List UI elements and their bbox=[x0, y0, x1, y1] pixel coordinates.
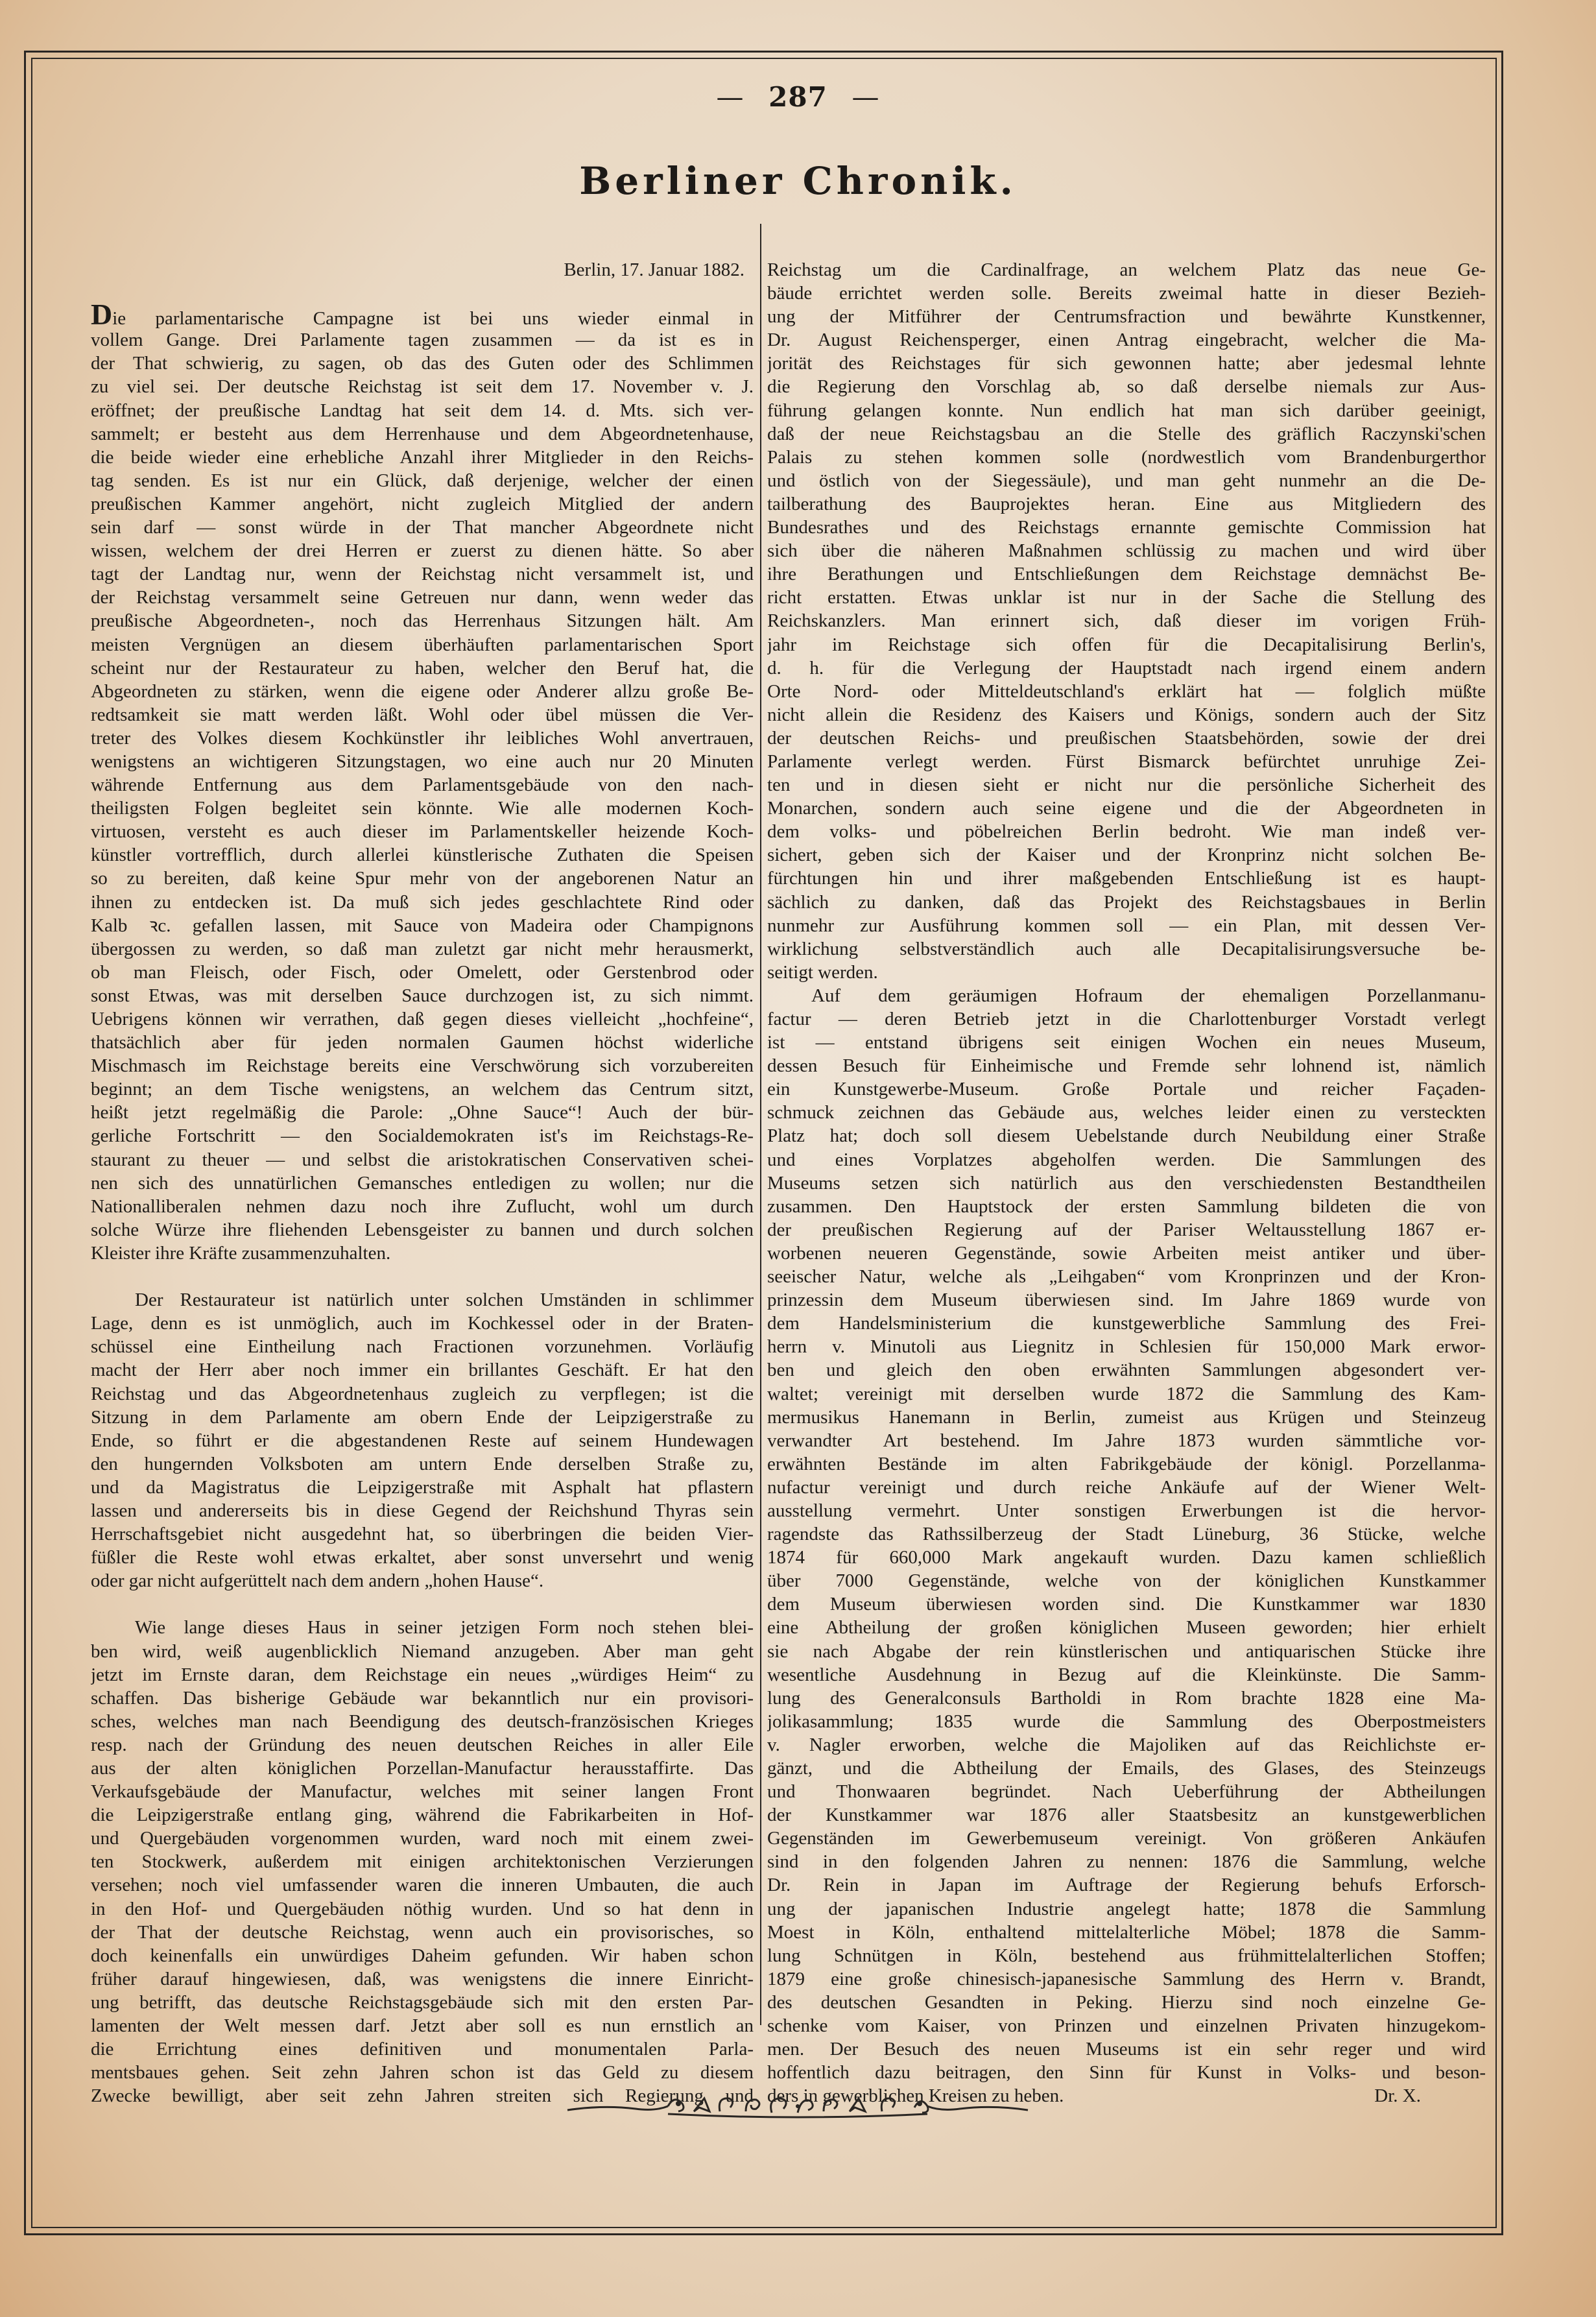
text-line: wesentliche Ausdehnung in Bezug auf die … bbox=[767, 1663, 1486, 1687]
text-line: Orte Nord- oder Mitteldeutschland's erkl… bbox=[767, 680, 1486, 703]
text-line: sichert, geben sich der Kaiser und der K… bbox=[767, 843, 1486, 867]
text-line: der deutschen Reichs- und preußischen St… bbox=[767, 726, 1486, 750]
text-line: jahr im Reichstage sich offen für die De… bbox=[767, 633, 1486, 656]
paragraph-2: Auf dem geräumigen Hofraum der ehemalige… bbox=[767, 984, 1486, 2084]
text-line: Herrschaftsgebiet nicht ausgedehnt hat, … bbox=[91, 1522, 754, 1546]
text-line: tag senden. Es ist nur ein Glück, daß de… bbox=[91, 469, 754, 492]
text-line: Der Restaurateur ist natürlich unter sol… bbox=[91, 1288, 754, 1312]
text-line: prinzessin dem Museum überwiesen sind. I… bbox=[767, 1288, 1486, 1312]
text-line: mermusikus Hanemann in Berlin, zumeist a… bbox=[767, 1406, 1486, 1429]
text-line: zusammen. Den Hauptstock der ersten Samm… bbox=[767, 1195, 1486, 1218]
text-line: mentsbaues gehen. Seit zehn Jahren schon… bbox=[91, 2061, 754, 2084]
text-line: schenke vom Kaiser, von Prinzen und einz… bbox=[767, 2014, 1486, 2037]
text-line: über 7000 Gegenstände, welche von der kö… bbox=[767, 1569, 1486, 1592]
text-line: Gegenständen im Gewerbemuseum vereinigt.… bbox=[767, 1827, 1486, 1850]
text-line: früher darauf hingewiesen, daß, was weni… bbox=[91, 1967, 754, 1991]
text-line: Parlamente verlegt werden. Fürst Bismarc… bbox=[767, 750, 1486, 773]
text-line: der That schwierig, zu sagen, ob das des… bbox=[91, 352, 754, 375]
text-line: hoffentlich dazu beitragen, den Sinn für… bbox=[767, 2061, 1486, 2084]
text-line: ben und gleich den oben erwähnten Sammlu… bbox=[767, 1358, 1486, 1382]
text-line: ist — entstand übrigens seit einigen Woc… bbox=[767, 1031, 1486, 1054]
text-line: schaffen. Das bisherige Gebäude war beka… bbox=[91, 1687, 754, 1710]
text-line: schmuck zeichnen das Gebäude aus, welche… bbox=[767, 1101, 1486, 1124]
paragraph-1-continued: Reichstag um die Cardinalfrage, an welch… bbox=[767, 258, 1486, 984]
text-line: virtuosen, versteht es auch dieser im Pa… bbox=[91, 820, 754, 843]
text-line: thatsächlich aber für jeden normalen Gau… bbox=[91, 1031, 754, 1054]
text-line: füßler die Reste wohl etwas erkaltet, ab… bbox=[91, 1546, 754, 1569]
page-number: — 287 — bbox=[0, 81, 1596, 113]
text-line: sie nach Abgabe der rein künstlerischen … bbox=[767, 1640, 1486, 1663]
text-line: ein Kunstgewerbe-Museum. Große Portale u… bbox=[767, 1077, 1486, 1101]
text-line: tagt der Landtag nur, wenn der Reichstag… bbox=[91, 562, 754, 586]
article-title: Berliner Chronik. bbox=[0, 159, 1596, 203]
text-line: zu viel sei. Der deutsche Reichstag ist … bbox=[91, 375, 754, 398]
spacer bbox=[91, 1592, 754, 1616]
text-line: preußische Abgeordneten-, noch das Herre… bbox=[91, 609, 754, 632]
paragraph-2: Der Restaurateur ist natürlich unter sol… bbox=[91, 1288, 754, 1592]
text-line: die Leipzigerstraße entlang ging, währen… bbox=[91, 1803, 754, 1827]
text-line: herrn v. Minutoli aus Liegnitz in Schles… bbox=[767, 1335, 1486, 1358]
text-line: nufactur vereinigt und durch reiche Ankä… bbox=[767, 1476, 1486, 1499]
text-line: lung des Generalconsuls Bartholdi in Rom… bbox=[767, 1687, 1486, 1710]
text-line: dessen Besuch für Einheimische und Fremd… bbox=[767, 1054, 1486, 1077]
text-line: solche Würze ihre fliehenden Lebensgeist… bbox=[91, 1218, 754, 1242]
text-line: lamenten der Welt messen darf. Jetzt abe… bbox=[91, 2014, 754, 2037]
page-number-dash-right: — bbox=[852, 81, 879, 113]
text-line: ung betrifft, das deutsche Reichstagsgeb… bbox=[91, 1991, 754, 2014]
text-line: nen sich des unnatürlichen Gemansches en… bbox=[91, 1171, 754, 1195]
text-line: der Kunstkammer war 1876 aller Staatsbes… bbox=[767, 1803, 1486, 1827]
text-line: lung Schnütgen in Köln, bestehend aus fr… bbox=[767, 1944, 1486, 1967]
text-line: Reichstag um die Cardinalfrage, an welch… bbox=[767, 258, 1486, 282]
page-number-value: 287 bbox=[768, 81, 828, 113]
text-line: Mischmasch im Reichstage bereits eine Ve… bbox=[91, 1054, 754, 1077]
text-line: Wie lange dieses Haus in seiner jetzigen… bbox=[91, 1616, 754, 1639]
text-line: versehen; noch viel umfassender waren di… bbox=[91, 1873, 754, 1897]
dateline: Berlin, 17. Januar 1882. bbox=[91, 258, 754, 282]
text-line: so zu bereiten, daß keine Spur mehr von … bbox=[91, 867, 754, 890]
text-line: nunmehr zur Ausführung kommen soll — ein… bbox=[767, 914, 1486, 937]
text-line: fürchtungen hin und ihrer maßgebenden En… bbox=[767, 867, 1486, 890]
text-line: eröffnet; der preußische Landtag hat sei… bbox=[91, 399, 754, 422]
text-line: oder gar nicht aufgerüttelt nach dem and… bbox=[91, 1569, 754, 1592]
text-line: jorität des Reichstages für sich gewonne… bbox=[767, 352, 1486, 375]
text-line: währende Entfernung aus dem Parlamentsge… bbox=[91, 773, 754, 797]
text-line: die Regierung den Vorschlag ab, so daß d… bbox=[767, 375, 1486, 398]
text-line: in den Hof- und Quergebäuden nöthig wurd… bbox=[91, 1897, 754, 1921]
drop-cap: D bbox=[91, 305, 112, 328]
text-line: sich über die näheren Maßnahmen schlüssi… bbox=[767, 539, 1486, 562]
text-line: ausstellung vermehrt. Unter sonstigen Er… bbox=[767, 1499, 1486, 1522]
text-line: Palais zu stehen kommen solle (nordwestl… bbox=[767, 446, 1486, 469]
text-line: sind in den folgenden Jahren zu nennen: … bbox=[767, 1850, 1486, 1873]
text-line: richt erstatten. Etwas unklar ist nur in… bbox=[767, 586, 1486, 609]
text-line: der That der deutsche Reichstag, wenn au… bbox=[91, 1921, 754, 1944]
text-line: führung gelangen konnte. Nun endlich hat… bbox=[767, 399, 1486, 422]
text-line: sonst Etwas, was mit derselben Sauce dur… bbox=[91, 984, 754, 1007]
text-line: ben wird, weiß augenblicklich Niemand an… bbox=[91, 1640, 754, 1663]
paragraph-3: Wie lange dieses Haus in seiner jetzigen… bbox=[91, 1616, 754, 2107]
text-line: Lage, denn es ist unmöglich, auch im Koc… bbox=[91, 1312, 754, 1335]
text-line: sammelt; er besteht aus dem Herrenhause … bbox=[91, 422, 754, 446]
text-line: preußischen Kammer angehört, nicht zugle… bbox=[91, 492, 754, 516]
text-line: Reichskanzlers. Man erinnert sich, daß d… bbox=[767, 609, 1486, 632]
text-line: wissen, welchem der drei Herren er zuers… bbox=[91, 539, 754, 562]
text-line: die Errichtung eines definitiven und mon… bbox=[91, 2037, 754, 2061]
text-line: Dr. Rein in Japan im Auftrage der Regier… bbox=[767, 1873, 1486, 1897]
text-line: und eines Vorplatzes abgeholfen werden. … bbox=[767, 1148, 1486, 1171]
text-line: daß der neue Reichstagsbau an die Stelle… bbox=[767, 422, 1486, 446]
text-line: des deutschen Gesandten in Peking. Hierz… bbox=[767, 1991, 1486, 2014]
text-line: jetzt im Ernste daran, dem Reichstage ei… bbox=[91, 1663, 754, 1687]
text-line: und Thonwaaren begründet. Nach Ueberführ… bbox=[767, 1780, 1486, 1803]
text-line: wenigstens an wichtigeren Sitzungstagen,… bbox=[91, 750, 754, 773]
text-line: Reichstag und das Abgeordnetenhaus zugle… bbox=[91, 1382, 754, 1406]
text-line: ten Stockwerk, außerdem mit einigen arch… bbox=[91, 1850, 754, 1873]
right-column: Reichstag um die Cardinalfrage, an welch… bbox=[767, 258, 1486, 2107]
text-line: ung der Mitführer der Centrumsfraction u… bbox=[767, 305, 1486, 328]
text-line: d. h. für die Verlegung der Hauptstadt n… bbox=[767, 656, 1486, 680]
text-line: sein darf — sonst würde in der That manc… bbox=[91, 516, 754, 539]
text-line: worbenen neueren Gegenstände, sowie Arbe… bbox=[767, 1242, 1486, 1265]
text-line: gerliche Fortschritt — den Socialdemokra… bbox=[91, 1124, 754, 1147]
text-line: Kalb ꝛc. gefallen lassen, mit Sauce von … bbox=[91, 914, 754, 937]
text-line: nicht allein die Residenz des Kaisers un… bbox=[767, 703, 1486, 726]
text-line: Die parlamentarische Campagne ist bei un… bbox=[91, 305, 754, 328]
text-line: ihnen zu entdecken ist. Da muß sich jede… bbox=[91, 891, 754, 914]
text-line: Auf dem geräumigen Hofraum der ehemalige… bbox=[767, 984, 1486, 1007]
column-divider bbox=[760, 224, 761, 2025]
text-line: ten und in diesen sieht er nicht nur die… bbox=[767, 773, 1486, 797]
text-line: seeischer Natur, welche als „Leihgaben“ … bbox=[767, 1265, 1486, 1288]
text-line: Bundesrathes und des Reichstags ernannte… bbox=[767, 516, 1486, 539]
text-line: Museums setzen sich natürlich aus den ve… bbox=[767, 1171, 1486, 1195]
text-line: dem Handelsministerium die kunstgewerbli… bbox=[767, 1312, 1486, 1335]
text-line: jolikasammlung; 1835 wurde die Sammlung … bbox=[767, 1710, 1486, 1733]
text-line: schüssel eine Eintheilung nach Fractione… bbox=[91, 1335, 754, 1358]
text-line-content: ie parlamentarische Campagne ist bei uns… bbox=[112, 308, 754, 328]
text-line: gänzt, und die Abtheilung der Emails, de… bbox=[767, 1757, 1486, 1780]
text-line: Uebrigens können wir verrathen, daß gege… bbox=[91, 1007, 754, 1031]
text-line: lassen und andererseits bis in diese Geg… bbox=[91, 1499, 754, 1522]
text-line: der preußischen Regierung auf der Parise… bbox=[767, 1218, 1486, 1242]
text-line: Kleister ihre Kräfte zusammenzuhalten. bbox=[91, 1242, 754, 1265]
spacer bbox=[91, 1265, 754, 1288]
text-line: men. Der Besuch des neuen Museums ist ei… bbox=[767, 2037, 1486, 2061]
text-line: Moest in Köln, enthaltend mittelalterlic… bbox=[767, 1921, 1486, 1944]
text-line: eine Abtheilung der großen königlichen M… bbox=[767, 1616, 1486, 1639]
text-line: Platz hat; doch soll diesem Uebelstande … bbox=[767, 1124, 1486, 1147]
text-line: resp. nach der Gründung des neuen deutsc… bbox=[91, 1733, 754, 1757]
text-line: seitigt werden. bbox=[767, 961, 1486, 984]
text-line: sches, welches man nach Beendigung des d… bbox=[91, 1710, 754, 1733]
text-line: 1879 eine große chinesisch-japanesische … bbox=[767, 1967, 1486, 1991]
text-line: beginnt; an dem Tische wenigstens, an we… bbox=[91, 1077, 754, 1101]
text-line: Abgeordneten zu stärken, wenn die eigene… bbox=[91, 680, 754, 703]
text-line: dem Museum überwiesen worden sind. Die K… bbox=[767, 1592, 1486, 1616]
text-line: Ende, so führt er die abgestandenen Rest… bbox=[91, 1429, 754, 1452]
text-line: aus der alten königlichen Porzellan-Manu… bbox=[91, 1757, 754, 1780]
author-signature: Dr. X. bbox=[1374, 2084, 1486, 2107]
text-line: ihre Berathungen und Entschließungen dem… bbox=[767, 562, 1486, 586]
text-line: und östlich von der Siegessäule), und ma… bbox=[767, 469, 1486, 492]
text-line: meisten Vergnügen an diesem überhäuften … bbox=[91, 633, 754, 656]
text-line: den hungernden Volksboten am untern Ende… bbox=[91, 1452, 754, 1476]
text-line: verwandter Art bestehend. Im Jahre 1873 … bbox=[767, 1429, 1486, 1452]
text-line: Dr. August Reichensperger, einen Antrag … bbox=[767, 328, 1486, 352]
text-line: theiligsten Folgen begleitet sein könnte… bbox=[91, 797, 754, 820]
text-line: waltet; vereinigt mit derselben wurde 18… bbox=[767, 1382, 1486, 1406]
text-line: erwähnten Bestände im alten Fabrikgebäud… bbox=[767, 1452, 1486, 1476]
text-line: ob man Fleisch, oder Fisch, oder Omelett… bbox=[91, 961, 754, 984]
ornamental-divider-icon bbox=[564, 2092, 1031, 2124]
text-line: tailberathung des Bauprojektes heran. Ei… bbox=[767, 492, 1486, 516]
text-line: sächlich zu danken, daß das Projekt des … bbox=[767, 891, 1486, 914]
text-line: scheint nur der Restaurateur zu haben, w… bbox=[91, 656, 754, 680]
text-line: ragendste das Rathssilberzeug der Stadt … bbox=[767, 1522, 1486, 1546]
page-number-dash-left: — bbox=[717, 81, 744, 113]
paragraph-1: Die parlamentarische Campagne ist bei un… bbox=[91, 305, 754, 1265]
spacer bbox=[91, 282, 754, 305]
text-line: doch keinenfalls ein unwürdiges Daheim g… bbox=[91, 1944, 754, 1967]
text-line: wirklichung selbstverständlich auch alle… bbox=[767, 937, 1486, 961]
text-line: bäude errichtet werden solle. Bereits zw… bbox=[767, 282, 1486, 305]
text-line: treter des Volkes diesem Kochkünstler ih… bbox=[91, 726, 754, 750]
text-line: ung der japanischen Industrie angelegt h… bbox=[767, 1897, 1486, 1921]
text-line: die beide wieder eine erhebliche Anzahl … bbox=[91, 446, 754, 469]
text-line: Verkaufsgebäude der Manufactur, welches … bbox=[91, 1780, 754, 1803]
text-line: der Reichstag versammelt seine Getreuen … bbox=[91, 586, 754, 609]
text-line: dem volks- und pöbelreichen Berlin bedro… bbox=[767, 820, 1486, 843]
left-column: Berlin, 17. Januar 1882. Die parlamentar… bbox=[91, 258, 754, 2107]
text-line: factur — deren Betrieb jetzt in die Char… bbox=[767, 1007, 1486, 1031]
text-line: heißt jetzt regelmäßig die Parole: „Ohne… bbox=[91, 1101, 754, 1124]
text-line: staurant zu theuer — und selbst die aris… bbox=[91, 1148, 754, 1171]
text-line: und da Magistratus die Leipzigerstraße m… bbox=[91, 1476, 754, 1499]
text-line: macht der Herr aber noch immer ein brill… bbox=[91, 1358, 754, 1382]
text-line: Nationalliberalen nehmen dazu noch ihre … bbox=[91, 1195, 754, 1218]
text-line: übergossen zu werden, so daß man zuletzt… bbox=[91, 937, 754, 961]
text-line: Sitzung in dem Parlamente am obern Ende … bbox=[91, 1406, 754, 1429]
text-line: und Quergebäuden vorgenommen wurden, war… bbox=[91, 1827, 754, 1850]
text-line: v. Nagler erworben, welche die Majoliken… bbox=[767, 1733, 1486, 1757]
text-line: redtsamkeit sie matt werden läßt. Wohl o… bbox=[91, 703, 754, 726]
text-line: vollem Gange. Drei Parlamente tagen zusa… bbox=[91, 328, 754, 352]
text-line: künstler vortrefflich, durch allerlei kü… bbox=[91, 843, 754, 867]
text-line: 1874 für 660,000 Mark angekauft wurden. … bbox=[767, 1546, 1486, 1569]
text-line: Monarchen, sondern auch seine eigene und… bbox=[767, 797, 1486, 820]
